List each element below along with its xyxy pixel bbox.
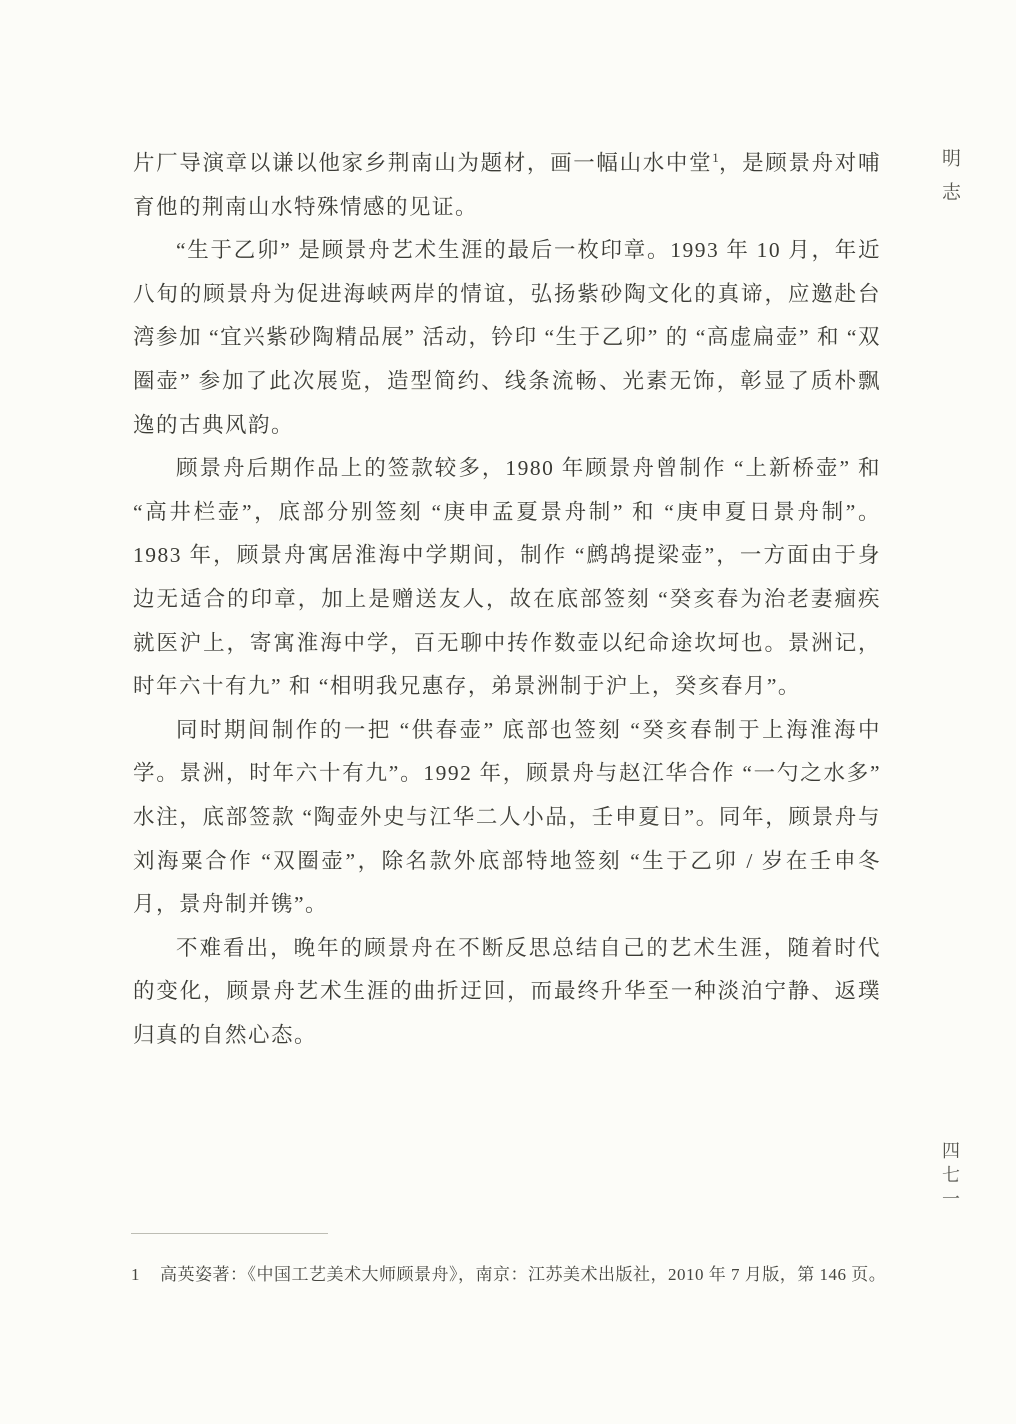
page-body-text: 片厂导演章以谦以他家乡荆南山为题材，画一幅山水中堂1，是顾景舟对哺育他的荆南山水… [133, 142, 881, 1057]
paragraph-text: 片厂导演章以谦以他家乡荆南山为题材，画一幅山水中堂 [133, 151, 712, 175]
footnote-divider [131, 1233, 328, 1234]
footnote: 1 高英姿著：《中国工艺美术大师顾景舟》，南京：江苏美术出版社，2010 年 7… [131, 1262, 893, 1288]
paragraph: 不难看出，晚年的顾景舟在不断反思总结自己的艺术生涯，随着时代的变化，顾景舟艺术生… [133, 927, 881, 1058]
paragraph: 顾景舟后期作品上的签款较多，1980 年顾景舟曾制作 “上新桥壶” 和 “高井栏… [133, 447, 881, 709]
footnote-marker: 1 [131, 1262, 140, 1288]
margin-chapter-label: 明志 [936, 148, 963, 216]
page-number: 四七一 [937, 1141, 963, 1213]
paragraph: 同时期间制作的一把 “供春壶” 底部也签刻 “癸亥春制于上海淮海中学。景洲，时年… [133, 709, 881, 927]
paragraph: 片厂导演章以谦以他家乡荆南山为题材，画一幅山水中堂1，是顾景舟对哺育他的荆南山水… [133, 142, 881, 229]
footnote-text: 高英姿著：《中国工艺美术大师顾景舟》，南京：江苏美术出版社，2010 年 7 月… [160, 1262, 893, 1288]
book-page: 明志 片厂导演章以谦以他家乡荆南山为题材，画一幅山水中堂1，是顾景舟对哺育他的荆… [0, 0, 1016, 1424]
paragraph: “生于乙卯” 是顾景舟艺术生涯的最后一枚印章。1993 年 10 月，年近八旬的… [133, 229, 881, 447]
